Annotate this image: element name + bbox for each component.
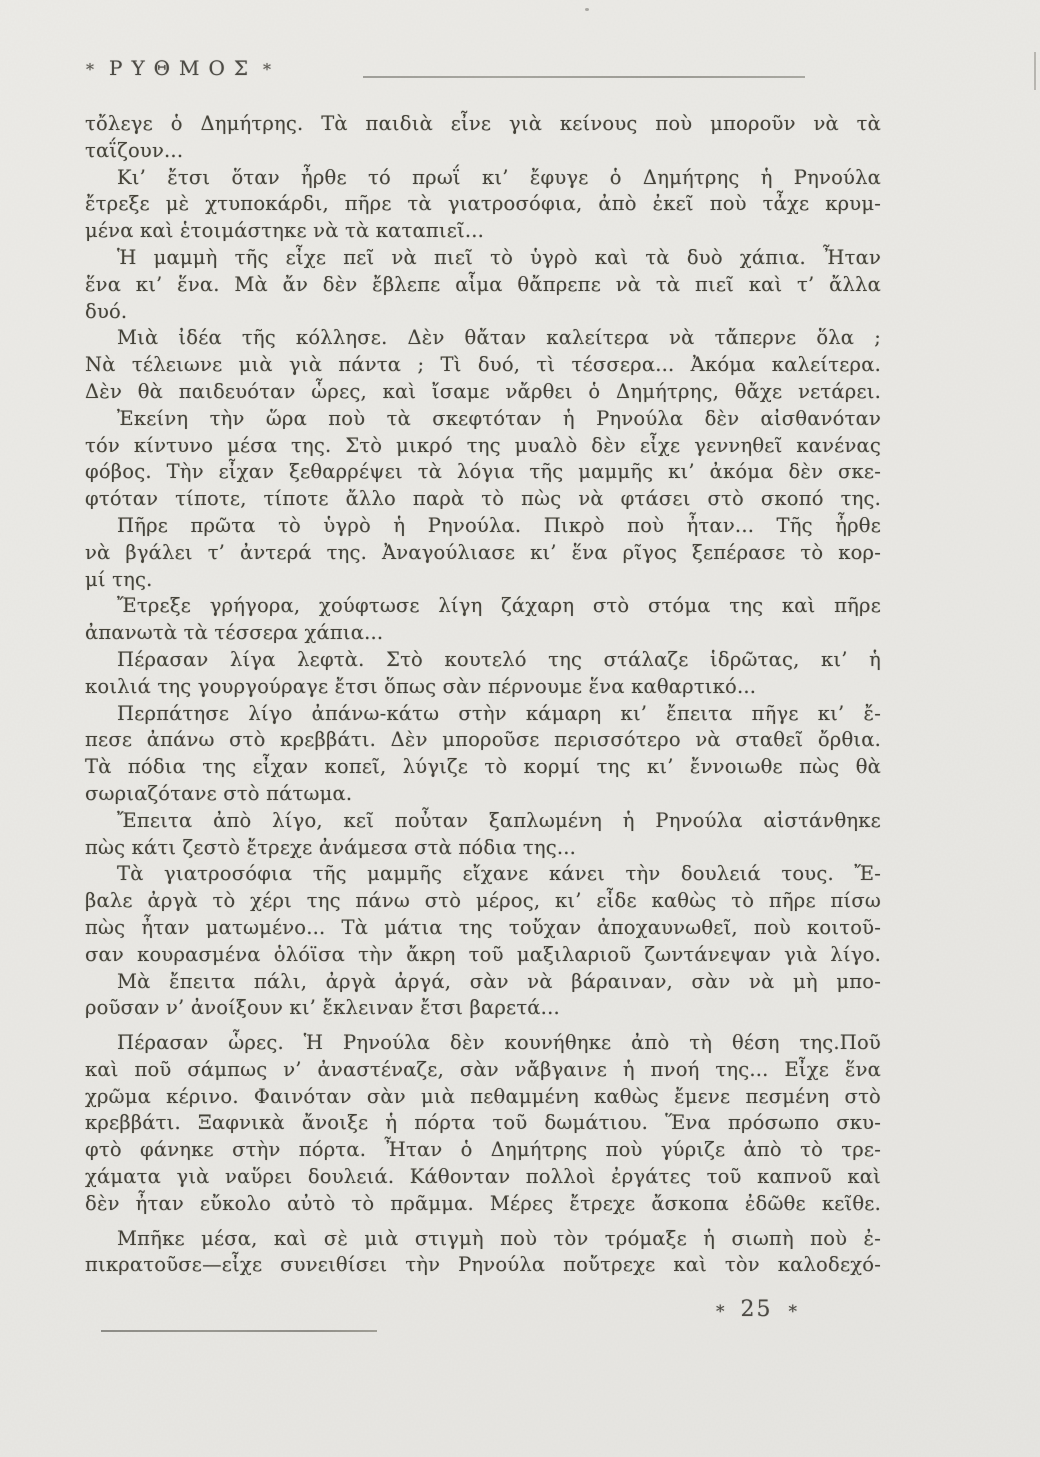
text-line: χρῶμα κέρινο. Φαινόταν σὰν μιὰ πεθαμμένη…: [85, 1084, 881, 1111]
footer-rule: [101, 1330, 377, 1332]
text-line: Πῆρε πρῶτα τὸ ὑγρὸ ἡ Ρηνούλα. Πικρὸ ποὺ …: [85, 513, 881, 540]
text-line: τὄλεγε ὁ Δημήτρης. Τὰ παιδιὰ εἶνε γιὰ κε…: [85, 111, 881, 138]
text-line: Ἔτρεξε γρήγορα, χούφτωσε λίγη ζάχαρη στὸ…: [85, 593, 881, 620]
text-line: Νὰ τέλειωνε μιὰ γιὰ πάντα ; Τὶ δυό, τὶ τ…: [85, 352, 881, 379]
text-line: Μιὰ ἰδέα τῆς κόλλησε. Δὲν θἄταν καλείτερ…: [85, 325, 881, 352]
paragraph: Ἐκείνη τὴν ὥρα ποὺ τὰ σκεφτόταν ἡ Ρηνούλ…: [85, 406, 881, 513]
text-line: νὰ βγάλει τ’ ἀντερά της. Ἀναγούλιασε κι’…: [85, 540, 881, 567]
ornament-asterisk-icon: *: [86, 60, 94, 79]
scanned-book-page: * ΡΥΘΜΟΣ * τὄλεγε ὁ Δημήτρης. Τὰ παιδιὰ …: [0, 0, 1040, 1457]
paragraph: Μὰ ἔπειτα πάλι, ἀργὰ ἀργά, σὰν νὰ βάραιν…: [85, 969, 881, 1023]
scan-artifact-speck: [585, 8, 589, 11]
text-line: Πέρασαν λίγα λεφτὰ. Στὸ κουτελό της στάλ…: [85, 647, 881, 674]
text-line: φτὸ φάνηκε στὴν πόρτα. Ἦταν ὁ Δημήτρης π…: [85, 1137, 881, 1164]
paragraph: Περπάτησε λίγο ἀπάνω-κάτω στὴν κάμαρη κι…: [85, 701, 881, 808]
text-line: κοιλιά της γουργούραγε ἔτσι ὅπως σὰν πέρ…: [85, 674, 881, 701]
masthead-rule: [363, 76, 805, 78]
text-line: κρεββάτι. Ξαφνικὰ ἄνοιξε ἡ πόρτα τοῦ δωμ…: [85, 1110, 881, 1137]
text-line: χάματα γιὰ ναὕρει δουλειά. Κάθονταν πολλ…: [85, 1164, 881, 1191]
text-line: Τὰ γιατροσόφια τῆς μαμμῆς εἴχανε κάνει τ…: [85, 861, 881, 888]
ornament-asterisk-icon: *: [789, 1302, 798, 1322]
page-number-value: 25: [741, 1297, 773, 1322]
text-line: τόν κίντυνο μέσα της. Στὸ μικρό της μυαλ…: [85, 433, 881, 460]
text-line: Μπῆκε μέσα, καὶ σὲ μιὰ στιγμὴ ποὺ τὸν τρ…: [85, 1226, 881, 1253]
text-line: Ἔπειτα ἀπὸ λίγο, κεῖ ποὖταν ξαπλωμένη ἡ …: [85, 808, 881, 835]
text-line: φόβος. Τὴν εἶχαν ξεθαρρέψει τὰ λόγια τῆς…: [85, 459, 881, 486]
text-line: Κι’ ἔτσι ὅταν ἦρθε τό πρωΐ κι’ ἔφυγε ὁ Δ…: [85, 165, 881, 192]
text-line: Πέρασαν ὧρες. Ἡ Ρηνούλα δὲν κουνήθηκε ἀπ…: [85, 1030, 881, 1057]
paragraph: Ἡ μαμμὴ τῆς εἶχε πεῖ νὰ πιεῖ τὸ ὑγρὸ καὶ…: [85, 245, 881, 325]
text-line: Περπάτησε λίγο ἀπάνω-κάτω στὴν κάμαρη κι…: [85, 701, 881, 728]
text-line: Τὰ πόδια της εἶχαν κοπεῖ, λύγιζε τὸ κορμ…: [85, 754, 881, 781]
page-number: * 25 *: [716, 1297, 797, 1322]
text-line: ἀπανωτὰ τὰ τέσσερα χάπια...: [85, 620, 881, 647]
text-line: Δὲν θὰ παιδευόταν ὧρες, καὶ ἴσαμε νἄρθει…: [85, 379, 881, 406]
text-line: πὼς ἦταν ματωμένο... Τὰ μάτια της τοὔχαν…: [85, 915, 881, 942]
text-line: πικρατοῦσε—εἶχε συνειθίσει τὴν Ρηνούλα π…: [85, 1252, 881, 1279]
text-line: μί της.: [85, 567, 881, 594]
paragraph: Κι’ ἔτσι ὅταν ἦρθε τό πρωΐ κι’ ἔφυγε ὁ Δ…: [85, 165, 881, 245]
masthead: * ΡΥΘΜΟΣ *: [84, 56, 1004, 86]
text-line: ταΐζουν...: [85, 138, 881, 165]
text-line: σαν κουρασμένα ὁλόϊσα τὴν ἄκρη τοῦ μαξιλ…: [85, 942, 881, 969]
ornament-asterisk-icon: *: [263, 60, 271, 79]
text-line: δυό.: [85, 299, 881, 326]
text-line: βαλε ἀργὰ τὸ χέρι της πάνω στὸ μέρος, κι…: [85, 888, 881, 915]
paragraph: Ἔπειτα ἀπὸ λίγο, κεῖ ποὖταν ξαπλωμένη ἡ …: [85, 808, 881, 862]
text-line: Μὰ ἔπειτα πάλι, ἀργὰ ἀργά, σὰν νὰ βάραιν…: [85, 969, 881, 996]
paragraph: Μιὰ ἰδέα τῆς κόλλησε. Δὲν θἄταν καλείτερ…: [85, 325, 881, 405]
scan-artifact-line: [1034, 52, 1036, 90]
paragraph: Ἔτρεξε γρήγορα, χούφτωσε λίγη ζάχαρη στὸ…: [85, 593, 881, 647]
text-line: μένα καὶ ἑτοιμάστηκε νὰ τὰ καταπιεῖ...: [85, 218, 881, 245]
text-line: ροῦσαν ν’ ἀνοίξουν κι’ ἔκλειναν ἔτσι βαρ…: [85, 995, 881, 1022]
text-line: καὶ ποῦ σάμπως ν’ ἀναστέναζε, σὰν νἄβγαι…: [85, 1057, 881, 1084]
paragraph: Πέρασαν λίγα λεφτὰ. Στὸ κουτελό της στάλ…: [85, 647, 881, 701]
text-line: φτόταν τίποτε, τίποτε ἄλλο παρὰ τὸ πὼς ν…: [85, 486, 881, 513]
paragraph: Πῆρε πρῶτα τὸ ὑγρὸ ἡ Ρηνούλα. Πικρὸ ποὺ …: [85, 513, 881, 593]
paragraph: Πέρασαν ὧρες. Ἡ Ρηνούλα δὲν κουνήθηκε ἀπ…: [85, 1030, 881, 1218]
text-line: σωριαζότανε στὸ πάτωμα.: [85, 781, 881, 808]
paragraph: Μπῆκε μέσα, καὶ σὲ μιὰ στιγμὴ ποὺ τὸν τρ…: [85, 1226, 881, 1280]
text-line: Ἐκείνη τὴν ὥρα ποὺ τὰ σκεφτόταν ἡ Ρηνούλ…: [85, 406, 881, 433]
text-line: ἔτρεξε μὲ χτυποκάρδι, πῆρε τὰ γιατροσόφι…: [85, 191, 881, 218]
body-text-column: τὄλεγε ὁ Δημήτρης. Τὰ παιδιὰ εἶνε γιὰ κε…: [85, 111, 881, 1279]
ornament-asterisk-icon: *: [716, 1302, 725, 1322]
text-line: Ἡ μαμμὴ τῆς εἶχε πεῖ νὰ πιεῖ τὸ ὑγρὸ καὶ…: [85, 245, 881, 272]
text-line: πὼς κάτι ζεστὸ ἔτρεχε ἀνάμεσα στὰ πόδια …: [85, 835, 881, 862]
magazine-title: ΡΥΘΜΟΣ: [109, 56, 257, 80]
text-line: πεσε ἀπάνω στὸ κρεββάτι. Δὲν μποροῦσε πε…: [85, 727, 881, 754]
paragraph: Τὰ γιατροσόφια τῆς μαμμῆς εἴχανε κάνει τ…: [85, 861, 881, 968]
paragraph: τὄλεγε ὁ Δημήτρης. Τὰ παιδιὰ εἶνε γιὰ κε…: [85, 111, 881, 165]
text-line: δὲν ἦταν εὔκολο αὐτὸ τὸ πρᾶμμα. Μέρες ἔτ…: [85, 1191, 881, 1218]
text-line: ἕνα κι’ ἕνα. Μὰ ἄν δὲν ἔβλεπε αἷμα θἄπρε…: [85, 272, 881, 299]
